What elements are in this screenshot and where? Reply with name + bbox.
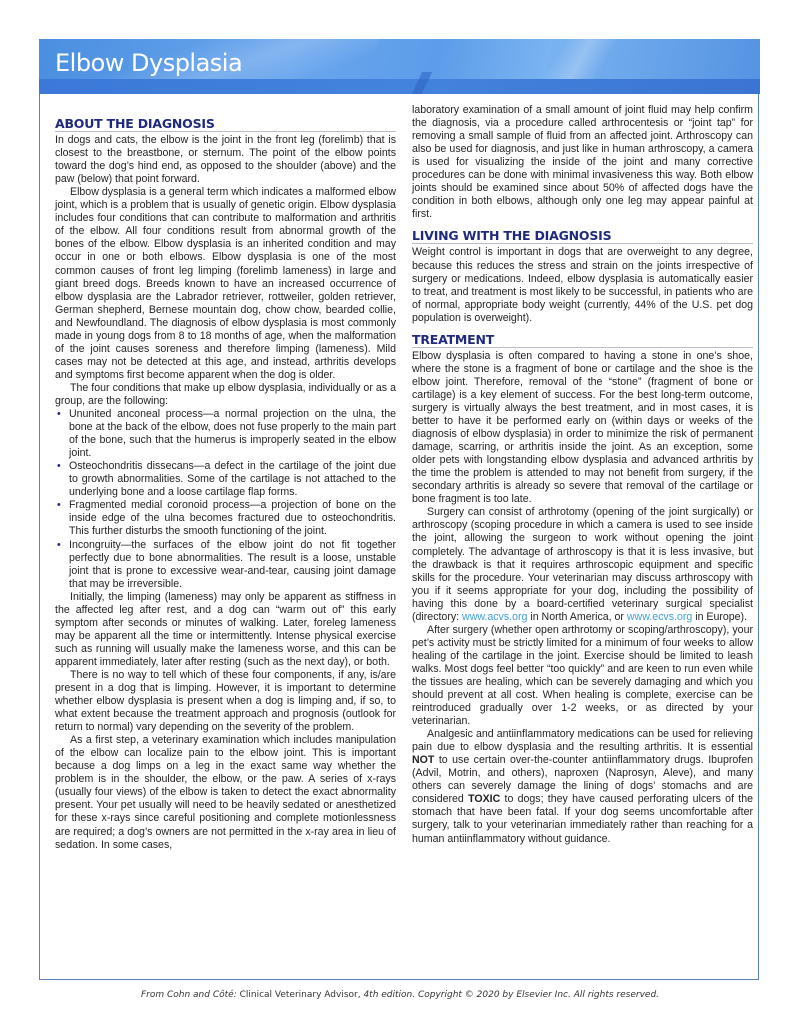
title-banner: Elbow Dysplasia [39,39,760,94]
book-title: Clinical Veterinary Advisor, [240,990,364,1000]
paragraph: Elbow dysplasia is often compared to hav… [412,350,753,507]
list-item: •Ununited anconeal process—a normal proj… [55,408,396,460]
emphasis-toxic: TOXIC [468,793,500,805]
page-title: Elbow Dysplasia [55,49,242,77]
right-column: laboratory examination of a small amount… [412,104,753,846]
bullet-icon: • [57,499,61,512]
paragraph: There is no way to tell which of these f… [55,669,396,734]
paragraph: Elbow dysplasia is a general term which … [55,186,396,382]
section-heading-living: LIVING WITH THE DIAGNOSIS [412,229,753,244]
paragraph: laboratory examination of a small amount… [412,104,753,221]
list-item: •Fragmented medial coronoid process—a pr… [55,499,396,538]
bullet-icon: • [57,539,61,552]
section-heading-about: ABOUT THE DIAGNOSIS [55,117,396,132]
paragraph: Surgery can consist of arthrotomy (openi… [412,506,753,623]
paragraph: Analgesic and antiinflammatory medicatio… [412,728,753,845]
banner-band [39,79,760,94]
paragraph: After surgery (whether open arthrotomy o… [412,624,753,728]
list-item: •Incongruity—the surfaces of the elbow j… [55,539,396,591]
copyright-footer: From Cohn and Côté: Clinical Veterinary … [0,990,800,1000]
conditions-list: •Ununited anconeal process—a normal proj… [55,408,396,591]
ecvs-link[interactable]: www.ecvs.org [627,611,692,623]
paragraph: As a first step, a veterinary examinatio… [55,734,396,851]
acvs-link[interactable]: www.acvs.org [462,611,527,623]
left-column: ABOUT THE DIAGNOSIS In dogs and cats, th… [55,117,396,852]
section-heading-treatment: TREATMENT [412,333,753,348]
paragraph: Initially, the limping (lameness) may on… [55,591,396,669]
bullet-icon: • [57,460,61,473]
paragraph: In dogs and cats, the elbow is the joint… [55,134,396,186]
emphasis-not: NOT [412,754,434,766]
paragraph: The four conditions that make up elbow d… [55,382,396,408]
paragraph: Weight control is important in dogs that… [412,246,753,324]
bullet-icon: • [57,408,61,421]
list-item: •Osteochondritis dissecans—a defect in t… [55,460,396,499]
